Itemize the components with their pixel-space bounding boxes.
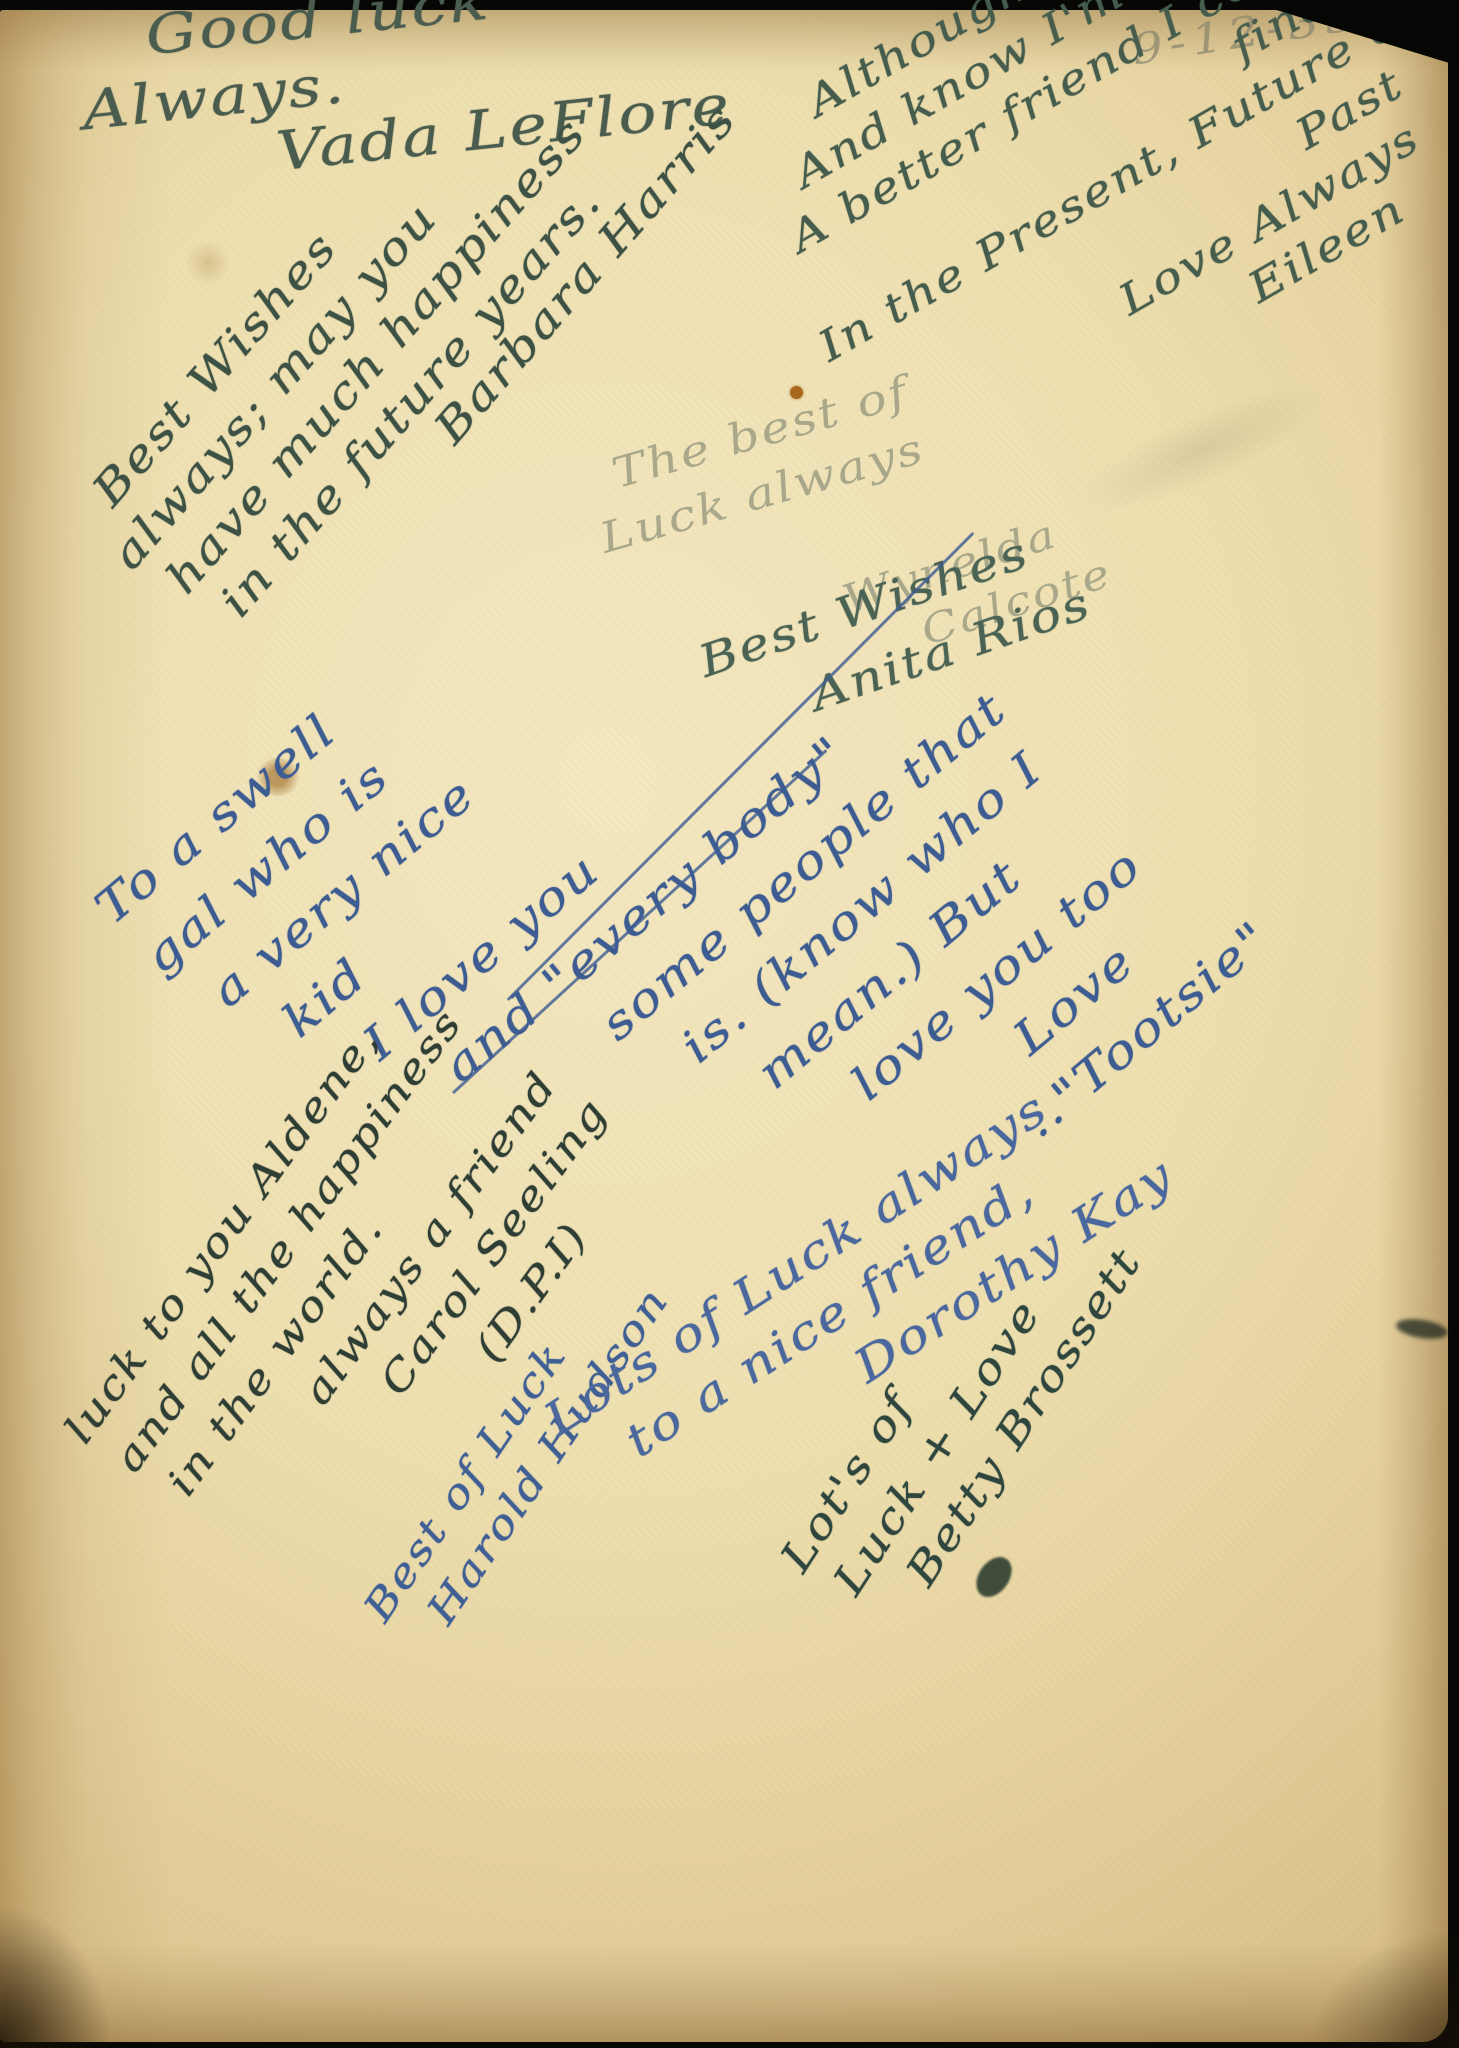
ink-blot	[969, 1550, 1019, 1603]
paper-stain	[184, 242, 232, 284]
autograph-page: Good luck Always. Vada LeFlore 9-12-33 A…	[0, 0, 1459, 2048]
paper: Good luck Always. Vada LeFlore 9-12-33 A…	[0, 10, 1448, 2042]
ink-blot	[1395, 1316, 1449, 1342]
